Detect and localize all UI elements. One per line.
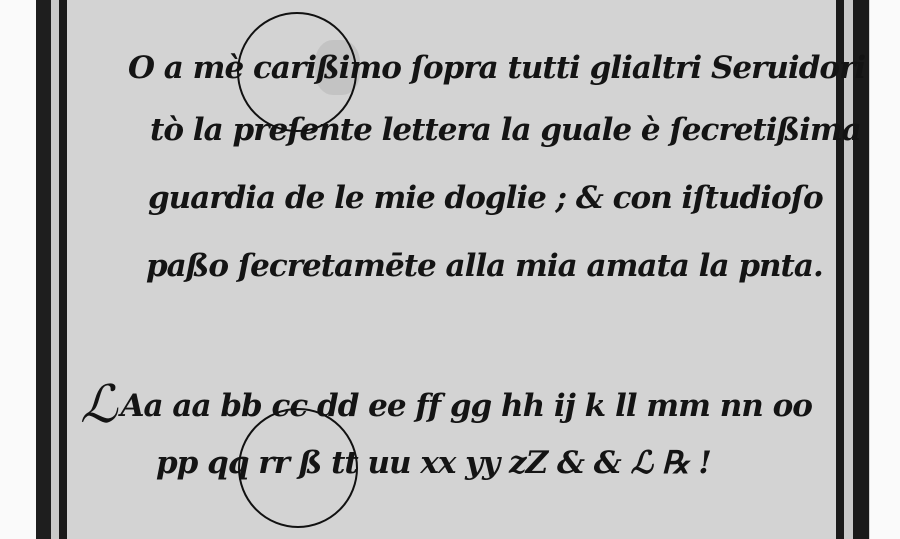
text-line-2: tò la preſente lettera la guale è ſecret… <box>150 112 861 148</box>
highlight-circle-eszett <box>238 408 358 528</box>
flourish-initial: ℒ <box>80 375 116 435</box>
highlight-circle-carissimo <box>237 12 357 132</box>
alphabet-line-1: ℒAa aa bb cc dd ee ff gg hh ij k ll mm n… <box>80 375 812 435</box>
border-left-thin <box>59 0 67 539</box>
alphabet-line-1-text: Aa aa bb cc dd ee ff gg hh ij k ll mm nn… <box>120 388 811 424</box>
text-line-4: paßo ſecretamēte alla mia amata la pnta. <box>146 248 823 284</box>
text-line-3: guardia de le mie doglie ; & con iſtudio… <box>148 180 823 216</box>
border-left-gap <box>51 0 59 539</box>
border-left-thick <box>36 0 51 539</box>
